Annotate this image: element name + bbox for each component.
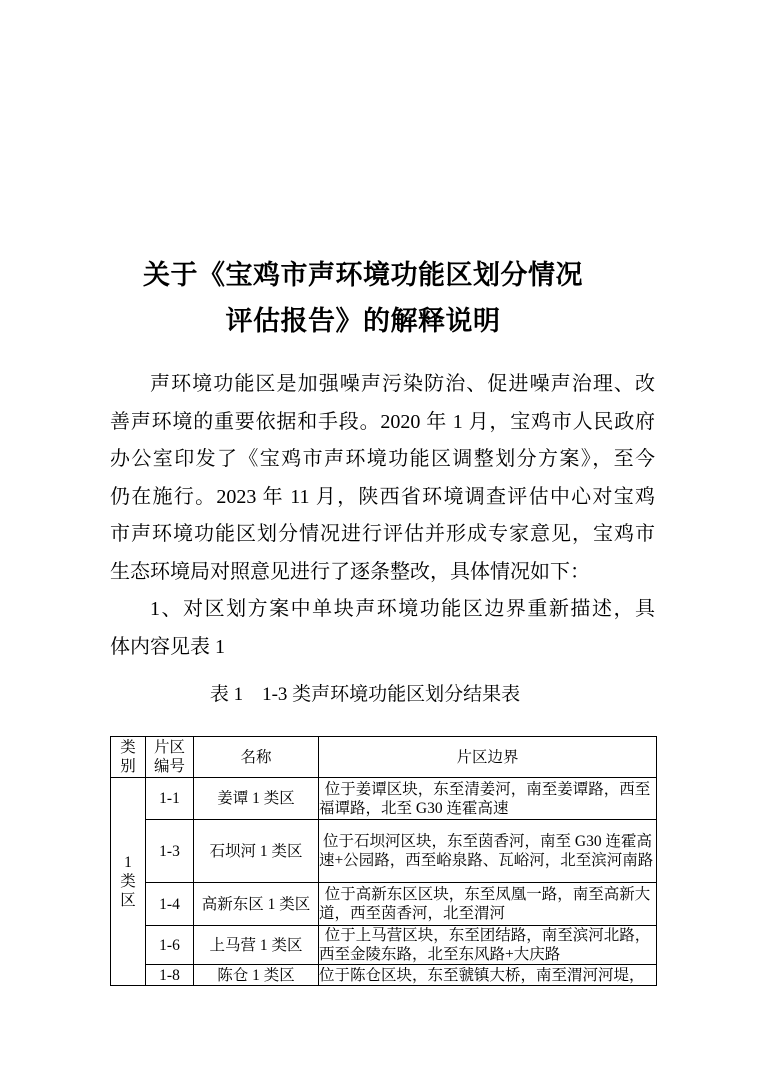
- zone-name-cell: 姜谭 1 类区: [194, 778, 319, 820]
- zones-table: 类 别 片区 编号 名称 片区边界 1 类 区 1-1 姜谭 1 类区 位于姜谭…: [110, 736, 657, 986]
- col-header-zone-no: 片区 编号: [146, 737, 194, 778]
- zone-boundary-cell: 位于姜谭区块，东至清姜河，南至姜谭路，西至福谭路，北至 G30 连霍高速: [319, 778, 657, 820]
- zone-no-cell: 1-8: [146, 965, 194, 986]
- col-header-category: 类 别: [111, 737, 146, 778]
- paragraph-1-line-1: 声环境功能区是加强噪声污染防治、促进噪声治理、改: [110, 366, 655, 404]
- body-text: 声环境功能区是加强噪声污染防治、促进噪声治理、改 善声环境的重要依据和手段。20…: [110, 366, 655, 666]
- zone-no-cell: 1-3: [146, 820, 194, 883]
- category-cell: 1 类 区: [111, 778, 146, 986]
- col-header-name: 名称: [194, 737, 319, 778]
- paragraph-2-line-1: 1、对区划方案中单块声环境功能区边界重新描述，具: [110, 591, 655, 629]
- zone-name-cell: 高新东区 1 类区: [194, 883, 319, 926]
- paragraph-1-line-5: 市声环境功能区划分情况进行评估并形成专家意见，宝鸡市: [110, 516, 655, 554]
- paragraph-1-line-4: 仍在施行。2023 年 11 月，陕西省环境调查评估中心对宝鸡: [110, 479, 655, 517]
- document-title: 关于《宝鸡市声环境功能区划分情况 评估报告》的解释说明: [100, 252, 626, 344]
- table-header-row: 类 别 片区 编号 名称 片区边界: [111, 737, 657, 778]
- col-header-boundary: 片区边界: [319, 737, 657, 778]
- paragraph-1-line-6: 生态环境局对照意见进行了逐条整改，具体情况如下：: [110, 554, 655, 592]
- zone-boundary-cell: 位于上马营区块，东至团结路，南至滨河北路，西至金陵东路，北至东风路+大庆路: [319, 926, 657, 965]
- zone-name-cell: 石坝河 1 类区: [194, 820, 319, 883]
- zone-no-cell: 1-4: [146, 883, 194, 926]
- paragraph-2-line-2: 体内容见表 1: [110, 629, 655, 667]
- table-row: 1-3 石坝河 1 类区 位于石坝河区块，东至茵香河，南至 G30 连霍高速+公…: [111, 820, 657, 883]
- zone-name-cell: 上马营 1 类区: [194, 926, 319, 965]
- zone-no-cell: 1-6: [146, 926, 194, 965]
- table-row: 1 类 区 1-1 姜谭 1 类区 位于姜谭区块，东至清姜河，南至姜谭路，西至福…: [111, 778, 657, 820]
- paragraph-1-line-3: 办公室印发了《宝鸡市声环境功能区调整划分方案》，至今: [110, 441, 655, 479]
- title-line-2: 评估报告》的解释说明: [100, 298, 626, 344]
- paragraph-1-line-2: 善声环境的重要依据和手段。2020 年 1 月，宝鸡市人民政府: [110, 404, 655, 442]
- zone-name-cell: 陈仓 1 类区: [194, 965, 319, 986]
- title-line-1: 关于《宝鸡市声环境功能区划分情况: [100, 252, 626, 298]
- document-page: 关于《宝鸡市声环境功能区划分情况 评估报告》的解释说明 声环境功能区是加强噪声污…: [0, 0, 760, 1075]
- table-caption: 表 1 1-3 类声环境功能区划分结果表: [95, 682, 635, 708]
- zone-boundary-cell: 位于高新东区区块，东至凤凰一路，南至高新大道，西至茵香河，北至渭河: [319, 883, 657, 926]
- table-row: 1-4 高新东区 1 类区 位于高新东区区块，东至凤凰一路，南至高新大道，西至茵…: [111, 883, 657, 926]
- table-row: 1-8 陈仓 1 类区 位于陈仓区块，东至虢镇大桥，南至渭河河堤，: [111, 965, 657, 986]
- zone-boundary-cell: 位于陈仓区块，东至虢镇大桥，南至渭河河堤，: [319, 965, 657, 986]
- table-row: 1-6 上马营 1 类区 位于上马营区块，东至团结路，南至滨河北路，西至金陵东路…: [111, 926, 657, 965]
- zone-no-cell: 1-1: [146, 778, 194, 820]
- zone-boundary-cell: 位于石坝河区块，东至茵香河，南至 G30 连霍高速+公园路，西至峪泉路、瓦峪河，…: [319, 820, 657, 883]
